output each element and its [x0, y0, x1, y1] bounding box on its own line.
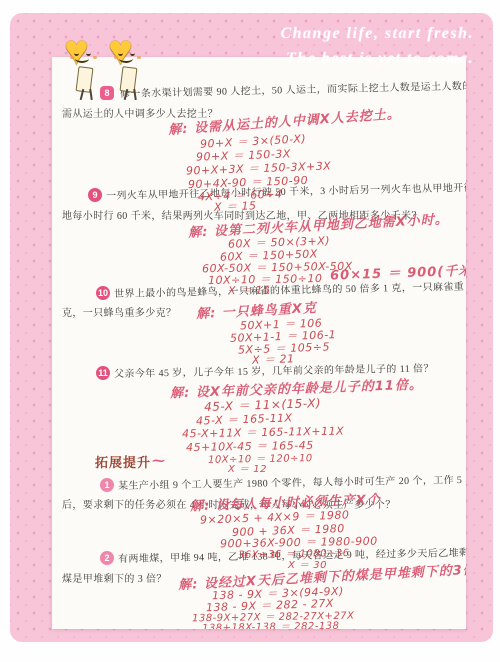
handwritten-answer: X ＝ 15: [228, 282, 271, 299]
smiley-mascot-icon: [64, 38, 110, 104]
problem-number-badge: 11: [96, 366, 110, 380]
cheek-icon: [137, 56, 141, 59]
problem-number-badge: 2: [100, 551, 114, 565]
problem-number-badge: 10: [96, 286, 110, 300]
cheek-icon: [93, 56, 97, 59]
cheek-icon: [114, 56, 118, 59]
smile-icon: [119, 54, 133, 63]
handwritten-answer: X ＝ 21: [252, 350, 295, 367]
tagline: Change life, start fresh. The best is ye…: [280, 22, 474, 72]
section-squiggle-icon: ⁓: [152, 453, 165, 469]
problem-text-line: 修一条水渠计划需要 90 人挖土，50 人运土，而实际上挖土人数是运土人数的 3…: [120, 76, 466, 100]
tagline-line1: Change life, start fresh.: [280, 22, 474, 47]
problem-text-line: 克，一只蜂鸟重多少克？: [62, 304, 176, 319]
handwritten-answer: X ＝ 12: [228, 460, 267, 475]
mascot-leg: [89, 89, 93, 100]
workbook-photo: Change life, start fresh. The best is ye…: [0, 0, 500, 662]
handwritten-answer: X ＝ 15: [214, 197, 257, 214]
problem-text-line: 煤是甲堆剩下的 3 倍？: [62, 570, 167, 585]
smile-icon: [75, 54, 89, 63]
smiley-mascot-icon: [108, 38, 154, 104]
cheek-icon: [70, 56, 74, 59]
problem-number-badge: 1: [100, 478, 114, 492]
tagline-line2: The best is yet to come.: [280, 47, 474, 72]
mascot-leg: [133, 89, 137, 100]
section-title: 拓展提升: [95, 452, 151, 471]
handwritten-work-line: 18X÷18 ＝ 144÷18: [222, 624, 327, 629]
worksheet-page: 8 修一条水渠计划需要 90 人挖土，50 人运土，而实际上挖土人数是运土人数的…: [52, 57, 466, 629]
problem-text-line: 某生产小组 9 个工人要生产 1980 个零件，每人每小时可生产 20 个，工作…: [118, 471, 466, 492]
problem-number-badge: 9: [88, 188, 102, 202]
